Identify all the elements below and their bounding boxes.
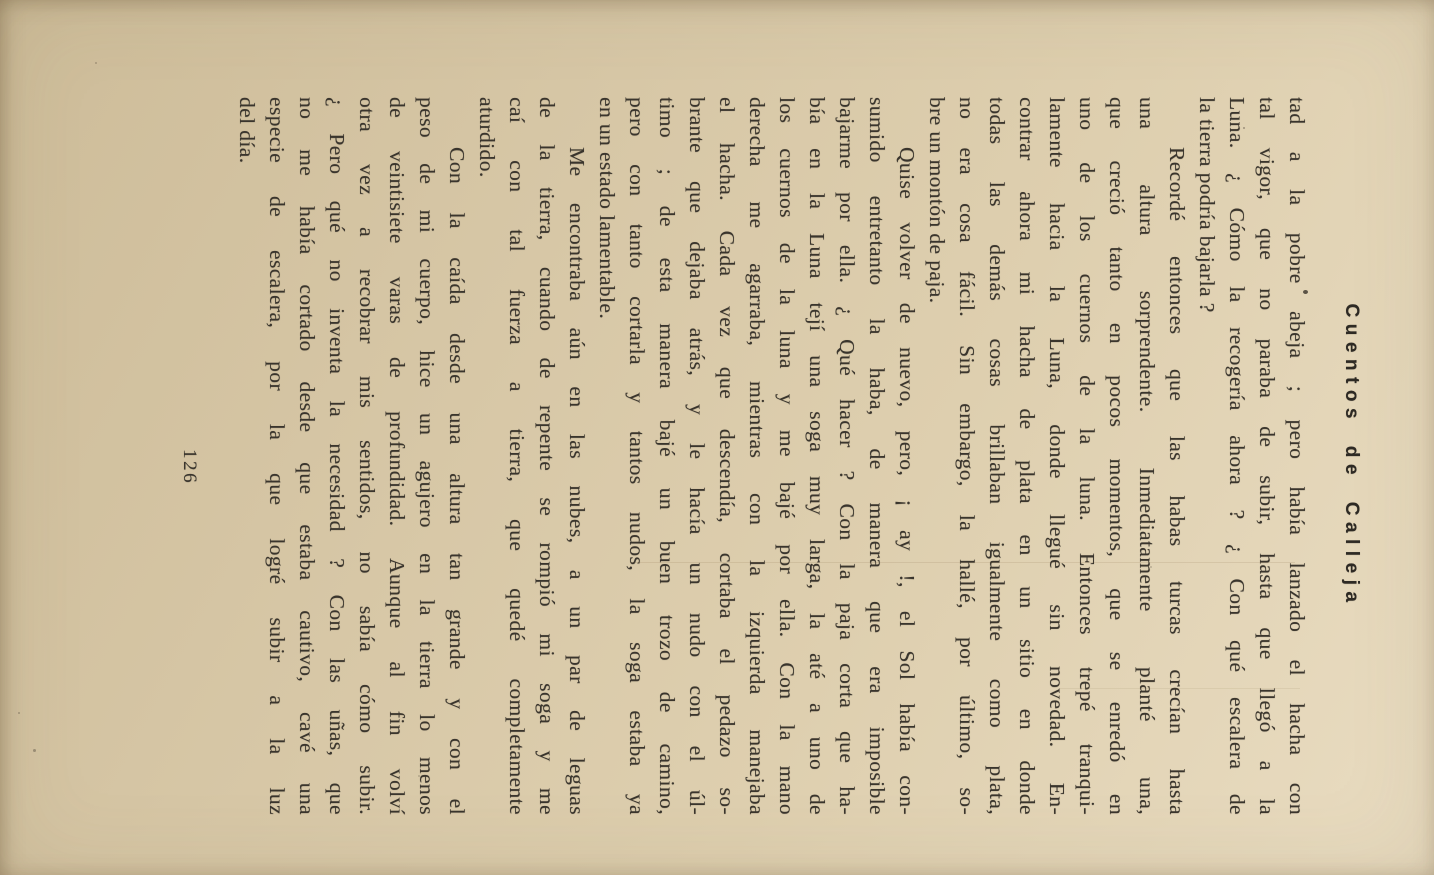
text-line: Con la caída desde una altura tan grande… [442,97,472,815]
text-line: contrar ahora mi hacha de plata en un si… [1012,97,1042,815]
text-line: derecha me agarraba, mientras con la izq… [742,97,772,815]
text-line: peso de mi cuerpo, hice un agujero en la… [412,97,442,815]
text-line: los cuernos de la luna y me bajé por ell… [772,97,802,815]
text-line: tad a la pobre abeja ; pero había lanzad… [1282,97,1312,815]
text-line: Me encontraba aún en las nubes, a un par… [562,97,592,815]
text-line: una altura sorprendente. Inmediatamente … [1132,97,1162,815]
text-line: caí con tal fuerza a tierra, que quedé c… [502,97,532,815]
text-line: la tierra podría bajarla ? [1192,97,1222,815]
text-line: brante que dejaba atrás, y le hacía un n… [682,97,712,815]
text-line: lamente hacia la Luna, donde llegué sin … [1042,97,1072,815]
text-line: en un estado lamentable. [592,97,622,815]
text-line: del día. [232,97,262,815]
text-line: tal vigor, que no paraba de subir, hasta… [1252,97,1282,815]
scanned-book-page: Cuentos de Calleja tad a la pobre abeja … [0,0,1434,875]
text-line: que creció tanto en pocos momentos, que … [1102,97,1132,815]
text-line: otra vez a recobrar mis sentidos, no sab… [352,97,382,815]
text-line: de la tierra, cuando de repente se rompi… [532,97,562,815]
text-line: uno de los cuernos de la luna. Entonces … [1072,97,1102,815]
text-line: aturdido. [472,97,502,815]
text-line: bajarme por ella. ¿ Qué hacer ? Con la p… [832,97,862,815]
text-line: Quise volver de nuevo, pero, ¡ ay !, el … [892,97,922,815]
text-line: pero con tanto cortarla y tantos nudos, … [622,97,652,815]
text-line: de veintisiete varas de profundidad. Aun… [382,97,412,815]
text-line: no era cosa fácil. Sin embargo, la hallé… [952,97,982,815]
text-line: bía en la Luna tejí una soga muy larga, … [802,97,832,815]
running-header: Cuentos de Calleja [1340,97,1362,815]
text-line: ¿ Pero qué no inventa la necesidad ? Con… [322,97,352,815]
text-line: el hacha. Cada vez que descendía, cortab… [712,97,742,815]
text-line: todas las demás cosas brillaban igualmen… [982,97,1012,815]
text-line: especie de escalera, por la que logré su… [262,97,292,815]
text-line: sumido entretanto la haba, de manera que… [862,97,892,815]
text-line: bre un montón de paja. [922,97,952,815]
page-number: 126 [178,97,200,837]
text-line: Luna. ¿ Cómo la recogería ahora ? ¿ Con … [1222,97,1252,815]
text-line: Recordé entonces que las habas turcas cr… [1162,97,1192,815]
text-line: no me había cortado desde que estaba cau… [292,97,322,815]
book-page: Cuentos de Calleja tad a la pobre abeja … [0,0,1434,875]
text-line: timo ; de esta manera bajé un buen trozo… [652,97,682,815]
body-text: tad a la pobre abeja ; pero había lanzad… [232,97,1312,815]
